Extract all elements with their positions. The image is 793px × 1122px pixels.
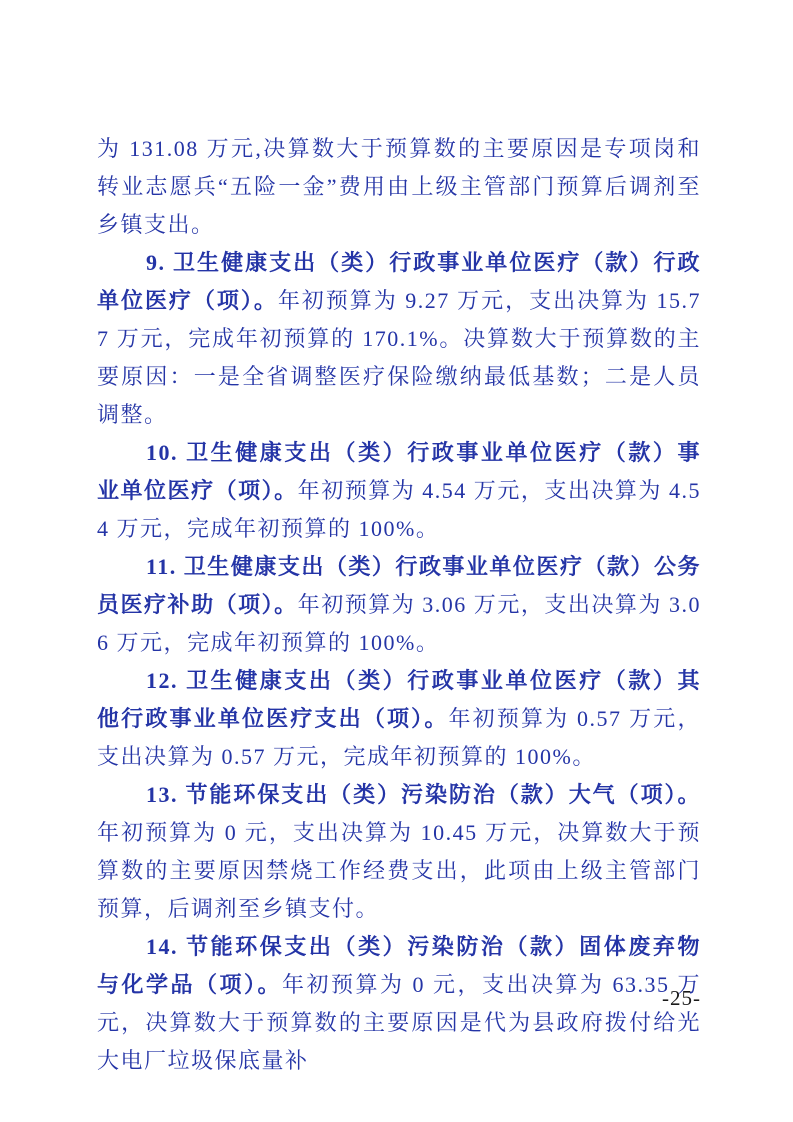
paragraph: 13. 节能环保支出（类）污染防治（款）大气（项）。年初预算为 0 元，支出决算… bbox=[97, 776, 701, 928]
document-page: 为 131.08 万元,决算数大于预算数的主要原因是专项岗和转业志愿兵“五险一金… bbox=[0, 0, 793, 1122]
page-number: -25- bbox=[662, 986, 701, 1011]
paragraph: 14. 节能环保支出（类）污染防治（款）固体废弃物与化学品（项）。年初预算为 0… bbox=[97, 928, 701, 1080]
paragraph-body: 为 131.08 万元,决算数大于预算数的主要原因是专项岗和转业志愿兵“五险一金… bbox=[97, 136, 701, 237]
paragraph: 12. 卫生健康支出（类）行政事业单位医疗（款）其他行政事业单位医疗支出（项）。… bbox=[97, 662, 701, 776]
paragraph: 9. 卫生健康支出（类）行政事业单位医疗（款）行政单位医疗（项）。年初预算为 9… bbox=[97, 244, 701, 434]
paragraph-lead: 13. 节能环保支出（类）污染防治（款）大气（项）。 bbox=[146, 782, 701, 807]
paragraph: 11. 卫生健康支出（类）行政事业单位医疗（款）公务员医疗补助（项）。年初预算为… bbox=[97, 548, 701, 662]
paragraph-body: 年初预算为 0 元，支出决算为 10.45 万元，决算数大于预算数的主要原因禁烧… bbox=[97, 820, 701, 921]
text-block: 为 131.08 万元,决算数大于预算数的主要原因是专项岗和转业志愿兵“五险一金… bbox=[97, 130, 701, 1080]
paragraph: 10. 卫生健康支出（类）行政事业单位医疗（款）事业单位医疗（项）。年初预算为 … bbox=[97, 434, 701, 548]
paragraph: 为 131.08 万元,决算数大于预算数的主要原因是专项岗和转业志愿兵“五险一金… bbox=[97, 130, 701, 244]
